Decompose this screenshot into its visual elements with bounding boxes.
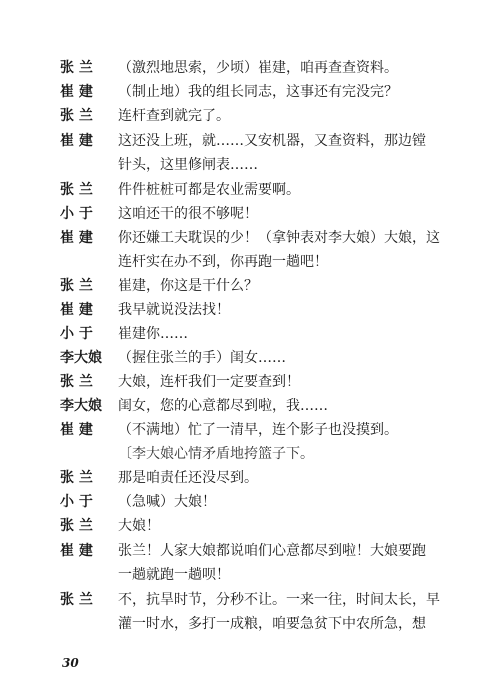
dialogue-line: 崔 建 （制止地）我的组长同志，这事还有完没完？ xyxy=(60,80,460,104)
speaker-name: 小 于 xyxy=(60,322,112,346)
dialogue-line: 张 兰 不，抗旱时节，分秒不让。一来一往，时间太长，早 xyxy=(60,588,460,612)
book-page: 张 兰 （激烈地思索，少顷）崔建，咱再查查资料。 崔 建 （制止地）我的组长同志… xyxy=(0,0,485,690)
speaker-name: 李大娘 xyxy=(60,394,112,418)
dialogue-line: 小 于 这咱还干的很不够呢！ xyxy=(60,202,460,226)
dialogue-text: 崔建，你这是干什么？ xyxy=(118,274,258,298)
dialogue-text: 不，抗旱时节，分秒不让。一来一往，时间太长，早 xyxy=(118,588,440,612)
dialogue-line: 张 兰 （激烈地思索，少顷）崔建，咱再查查资料。 xyxy=(60,56,460,80)
dialogue-text: 闺女，您的心意都尽到啦，我…… xyxy=(118,394,328,418)
speaker-name: 小 于 xyxy=(60,202,112,226)
dialogue-line: 张 兰 崔建，你这是干什么？ xyxy=(60,274,460,298)
speaker-name: 张 兰 xyxy=(60,514,112,538)
dialogue-text: （握住张兰的手）闺女…… xyxy=(118,346,286,370)
dialogue-text: 连杆实在办不到，你再跑一趟吧！ xyxy=(118,250,328,274)
dialogue-text: 那是咱责任还没尽到。 xyxy=(118,466,258,490)
dialogue-text: 你还嫌工夫耽误的少！（拿钟表对李大娘）大娘，这 xyxy=(118,226,440,250)
dialogue-continuation: 灌一时水，多打一成粮，咱要急贫下中农所急，想 xyxy=(60,612,460,636)
dialogue-line: 张 兰 大娘！ xyxy=(60,514,460,538)
dialogue-line: 崔 建 我早就说没法找！ xyxy=(60,298,460,322)
dialogue-line: 崔 建 这还没上班，就……又安机器，又查资料，那边镗 xyxy=(60,129,460,153)
dialogue-text: 崔建你…… xyxy=(118,322,188,346)
speaker-name: 张 兰 xyxy=(60,104,112,128)
dialogue-line: 小 于 （急喊）大娘！ xyxy=(60,490,460,514)
dialogue-line: 崔 建 （不满地）忙了一清早，连个影子也没摸到。 xyxy=(60,418,460,442)
speaker-name: 张 兰 xyxy=(60,274,112,298)
dialogue-text: （激烈地思索，少顷）崔建，咱再查查资料。 xyxy=(118,56,398,80)
stage-direction: 〔李大娘心情矛盾地挎篮子下。 xyxy=(60,442,460,466)
dialogue-line: 张 兰 那是咱责任还没尽到。 xyxy=(60,466,460,490)
speaker-name: 崔 建 xyxy=(60,129,112,153)
dialogue-line: 张 兰 连杆查到就完了。 xyxy=(60,104,460,128)
dialogue-text: 大娘！ xyxy=(118,514,160,538)
dialogue-text: （急喊）大娘！ xyxy=(118,490,216,514)
dialogue-continuation: 一趟就跑一趟呗！ xyxy=(60,563,460,587)
dialogue-line: 崔 建 张兰！人家大娘都说咱们心意都尽到啦！大娘要跑 xyxy=(60,539,460,563)
dialogue-line: 李大娘 闺女，您的心意都尽到啦，我…… xyxy=(60,394,460,418)
speaker-name: 崔 建 xyxy=(60,80,112,104)
speaker-name: 张 兰 xyxy=(60,178,112,202)
dialogue-text: 灌一时水，多打一成粮，咱要急贫下中农所急，想 xyxy=(118,612,426,636)
speaker-name: 崔 建 xyxy=(60,418,112,442)
dialogue-text: （不满地）忙了一清早，连个影子也没摸到。 xyxy=(118,418,398,442)
dialogue-text: 这咱还干的很不够呢！ xyxy=(118,202,258,226)
speaker-name: 崔 建 xyxy=(60,226,112,250)
dialogue-line: 小 于 崔建你…… xyxy=(60,322,460,346)
dialogue-line: 李大娘 （握住张兰的手）闺女…… xyxy=(60,346,460,370)
dialogue-line: 张 兰 件件桩桩可都是农业需要啊。 xyxy=(60,178,460,202)
dialogue-text: 我早就说没法找！ xyxy=(118,298,230,322)
dialogue-text: 针头，这里修闸表…… xyxy=(118,153,258,177)
dialogue-text: （制止地）我的组长同志，这事还有完没完？ xyxy=(118,80,398,104)
speaker-name: 张 兰 xyxy=(60,588,112,612)
speaker-name: 崔 建 xyxy=(60,539,112,563)
speaker-name: 张 兰 xyxy=(60,466,112,490)
dialogue-text: 一趟就跑一趟呗！ xyxy=(118,563,230,587)
speaker-name: 张 兰 xyxy=(60,56,112,80)
dialogue-line: 张 兰 大娘，连杆我们一定要查到！ xyxy=(60,370,460,394)
stage-direction-text: 〔李大娘心情矛盾地挎篮子下。 xyxy=(118,442,314,466)
dialogue-text: 大娘，连杆我们一定要查到！ xyxy=(118,370,300,394)
speaker-name: 崔 建 xyxy=(60,298,112,322)
speaker-name: 李大娘 xyxy=(60,346,112,370)
page-number: 30 xyxy=(62,656,79,670)
speaker-name: 小 于 xyxy=(60,490,112,514)
speaker-name: 张 兰 xyxy=(60,370,112,394)
dialogue-text: 这还没上班，就……又安机器，又查资料，那边镗 xyxy=(118,129,426,153)
dialogue-text: 张兰！人家大娘都说咱们心意都尽到啦！大娘要跑 xyxy=(118,539,426,563)
dialogue-line: 崔 建 你还嫌工夫耽误的少！（拿钟表对李大娘）大娘，这 xyxy=(60,226,460,250)
dialogue-text: 连杆查到就完了。 xyxy=(118,104,230,128)
dialogue-continuation: 连杆实在办不到，你再跑一趟吧！ xyxy=(60,250,460,274)
dialogue-continuation: 针头，这里修闸表…… xyxy=(60,153,460,177)
dialogue-text: 件件桩桩可都是农业需要啊。 xyxy=(118,178,300,202)
